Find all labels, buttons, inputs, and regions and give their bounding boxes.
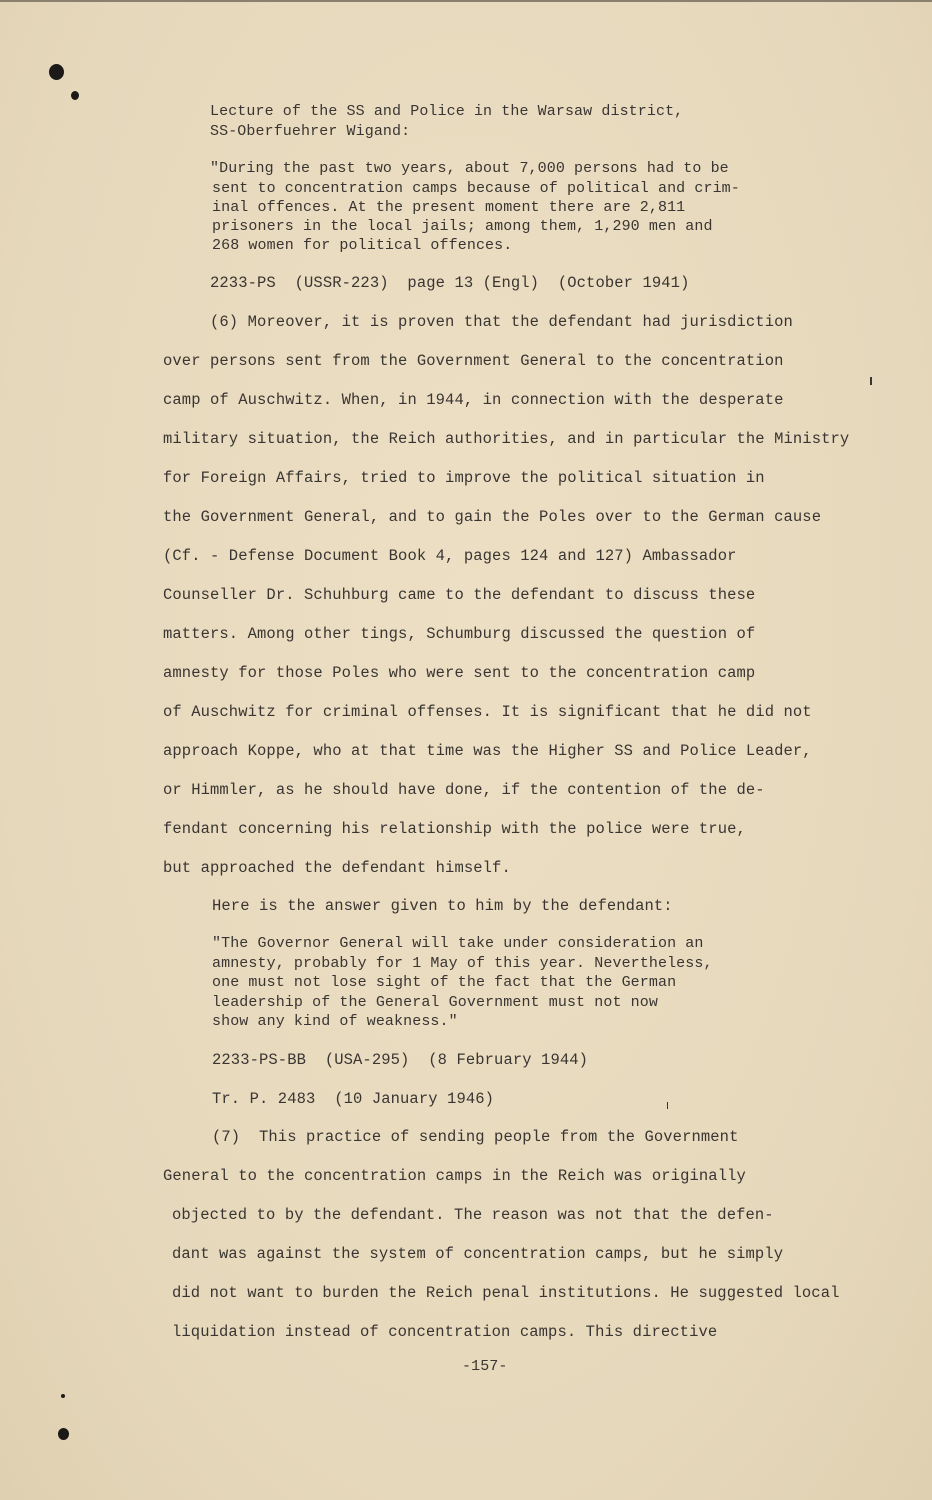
- paragraph-line: for Foreign Affairs, tried to improve th…: [163, 469, 765, 487]
- paragraph-line: military situation, the Reich authoritie…: [163, 430, 849, 448]
- quote-line: show any kind of weakness.": [212, 1013, 458, 1030]
- quote-line: one must not lose sight of the fact that…: [212, 974, 676, 991]
- paragraph-line: (7) This practice of sending people from…: [212, 1128, 738, 1146]
- stray-mark: [870, 377, 872, 385]
- paragraph-line: Counseller Dr. Schuhburg came to the def…: [163, 586, 755, 604]
- paragraph-line: amnesty for those Poles who were sent to…: [163, 664, 755, 682]
- header-line: SS-Oberfuehrer Wigand:: [210, 123, 410, 140]
- paragraph-line: or Himmler, as he should have done, if t…: [163, 781, 765, 799]
- binder-hole-mark: [58, 1428, 69, 1440]
- quote-line: "During the past two years, about 7,000 …: [210, 160, 729, 177]
- paragraph-line: (6) Moreover, it is proven that the defe…: [210, 313, 793, 331]
- quote-line: sent to concentration camps because of p…: [212, 180, 740, 197]
- paragraph-line: liquidation instead of concentration cam…: [172, 1323, 717, 1341]
- paragraph-line: but approached the defendant himself.: [163, 859, 511, 877]
- paragraph-line: objected to by the defendant. The reason…: [172, 1206, 774, 1224]
- quote-line: 268 women for political offences.: [212, 237, 512, 254]
- page-number: -157-: [462, 1358, 508, 1375]
- paragraph-line: camp of Auschwitz. When, in 1944, in con…: [163, 391, 784, 409]
- answer-intro: Here is the answer given to him by the d…: [212, 897, 673, 915]
- paragraph-line: dant was against the system of concentra…: [172, 1245, 783, 1263]
- stray-mark: [667, 1102, 668, 1109]
- speck-mark: [61, 1394, 65, 1398]
- binder-hole-mark: [49, 64, 64, 80]
- quote-line: amnesty, probably for 1 May of this year…: [212, 955, 713, 972]
- citation: Tr. P. 2483 (10 January 1946): [212, 1090, 494, 1108]
- paragraph-line: did not want to burden the Reich penal i…: [172, 1284, 840, 1302]
- paragraph-line: of Auschwitz for criminal offenses. It i…: [163, 703, 812, 721]
- paragraph-line: over persons sent from the Government Ge…: [163, 352, 784, 370]
- paragraph-line: (Cf. - Defense Document Book 4, pages 12…: [163, 547, 737, 565]
- citation: 2233-PS (USSR-223) page 13 (Engl) (Octob…: [210, 274, 689, 292]
- quote-line: inal offences. At the present moment the…: [212, 199, 685, 216]
- binder-hole-mark: [71, 91, 79, 100]
- paragraph-line: General to the concentration camps in th…: [163, 1167, 746, 1185]
- quote-line: leadership of the General Government mus…: [212, 994, 658, 1011]
- page-top-edge: [0, 0, 932, 2]
- header-line: Lecture of the SS and Police in the Wars…: [210, 103, 683, 120]
- paragraph-line: matters. Among other tings, Schumburg di…: [163, 625, 755, 643]
- paragraph-line: the Government General, and to gain the …: [163, 508, 821, 526]
- paragraph-line: approach Koppe, who at that time was the…: [163, 742, 812, 760]
- quote-line: "The Governor General will take under co…: [212, 935, 703, 952]
- quote-line: prisoners in the local jails; among them…: [212, 218, 713, 235]
- paragraph-line: fendant concerning his relationship with…: [163, 820, 746, 838]
- citation: 2233-PS-BB (USA-295) (8 February 1944): [212, 1051, 588, 1069]
